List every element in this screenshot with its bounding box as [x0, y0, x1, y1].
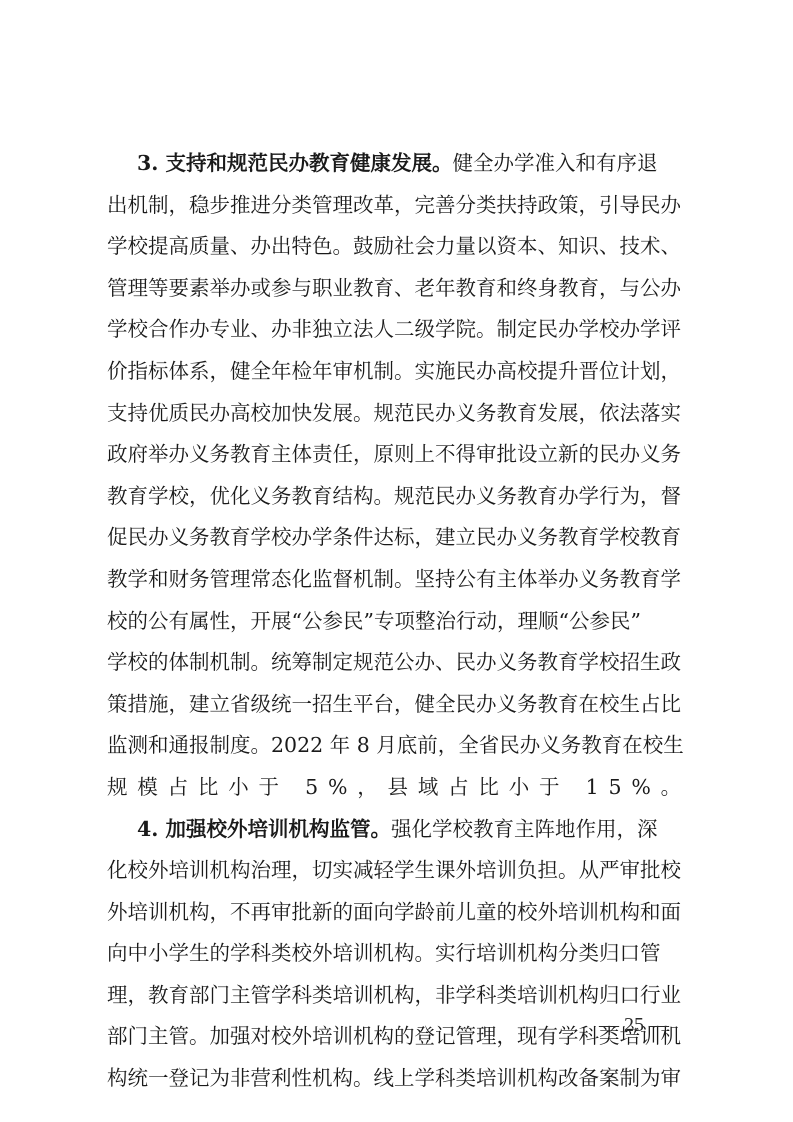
paragraph-3-line-1: 3. 支持和规范民办教育健康发展。健全办学准入和有序退: [107, 143, 693, 185]
paragraph-3-line: 校的公有属性，开展“公参民”专项整治行动，理顺“公参民”: [107, 601, 693, 643]
paragraph-3-line: 策措施，建立省级统一招生平台，健全民办义务教育在校生占比: [107, 684, 693, 726]
paragraph-3-line: 学校的体制机制。统筹制定规范公办、民办义务教育学校招生政: [107, 642, 693, 684]
paragraph-3-line: 价指标体系，健全年检年审机制。实施民办高校提升晋位计划，: [107, 351, 693, 393]
body-text: 3. 支持和规范民办教育健康发展。健全办学准入和有序退 出机制，稳步推进分类管理…: [107, 143, 693, 1100]
page-number: — 25 —: [584, 1010, 684, 1040]
paragraph-3-line: 教学和财务管理常态化监督机制。坚持公有主体举办义务教育学: [107, 559, 693, 601]
paragraph-3-heading: 3. 支持和规范民办教育健康发展。: [137, 151, 453, 175]
paragraph-3-line: 监测和通报制度。2022 年 8 月底前，全省民办义务教育在校生: [107, 725, 693, 767]
paragraph-4-line: 构统一登记为非营利性机构。线上学科类培训机构改备案制为审: [107, 1058, 693, 1100]
paragraph-4-line: 向中小学生的学科类校外培训机构。实行培训机构分类归口管: [107, 933, 693, 975]
paragraph-3-line: 学校提高质量、办出特色。鼓励社会力量以资本、知识、技术、: [107, 226, 693, 268]
paragraph-3-line-last: 规模占比小于 5%，县域占比小于 15%。: [107, 767, 693, 809]
paragraph-3-line: 学校合作办专业、办非独立法人二级学院。制定民办学校办学评: [107, 309, 693, 351]
paragraph-4-heading: 4. 加强校外培训机构监管。: [137, 817, 391, 841]
paragraph-3-line: 管理等要素举办或参与职业教育、老年教育和终身教育，与公办: [107, 268, 693, 310]
paragraph-3-line: 教育学校，优化义务教育结构。规范民办义务教育办学行为，督: [107, 476, 693, 518]
paragraph-3-line: 政府举办义务教育主体责任，原则上不得审批设立新的民办义务: [107, 434, 693, 476]
paragraph-3-line: 支持优质民办高校加快发展。规范民办义务教育发展，依法落实: [107, 393, 693, 435]
document-page: 3. 支持和规范民办教育健康发展。健全办学准入和有序退 出机制，稳步推进分类管理…: [0, 0, 793, 1122]
paragraph-3-line: 出机制，稳步推进分类管理改革，完善分类扶持政策，引导民办: [107, 185, 693, 227]
paragraph-4-line: 外培训机构，不再审批新的面向学龄前儿童的校外培训机构和面: [107, 892, 693, 934]
paragraph-4-line: 化校外培训机构治理，切实减轻学生课外培训负担。从严审批校: [107, 850, 693, 892]
paragraph-4-line-1: 4. 加强校外培训机构监管。强化学校教育主阵地作用，深: [107, 809, 693, 851]
paragraph-3-line: 促民办义务教育学校办学条件达标，建立民办义务教育学校教育: [107, 517, 693, 559]
